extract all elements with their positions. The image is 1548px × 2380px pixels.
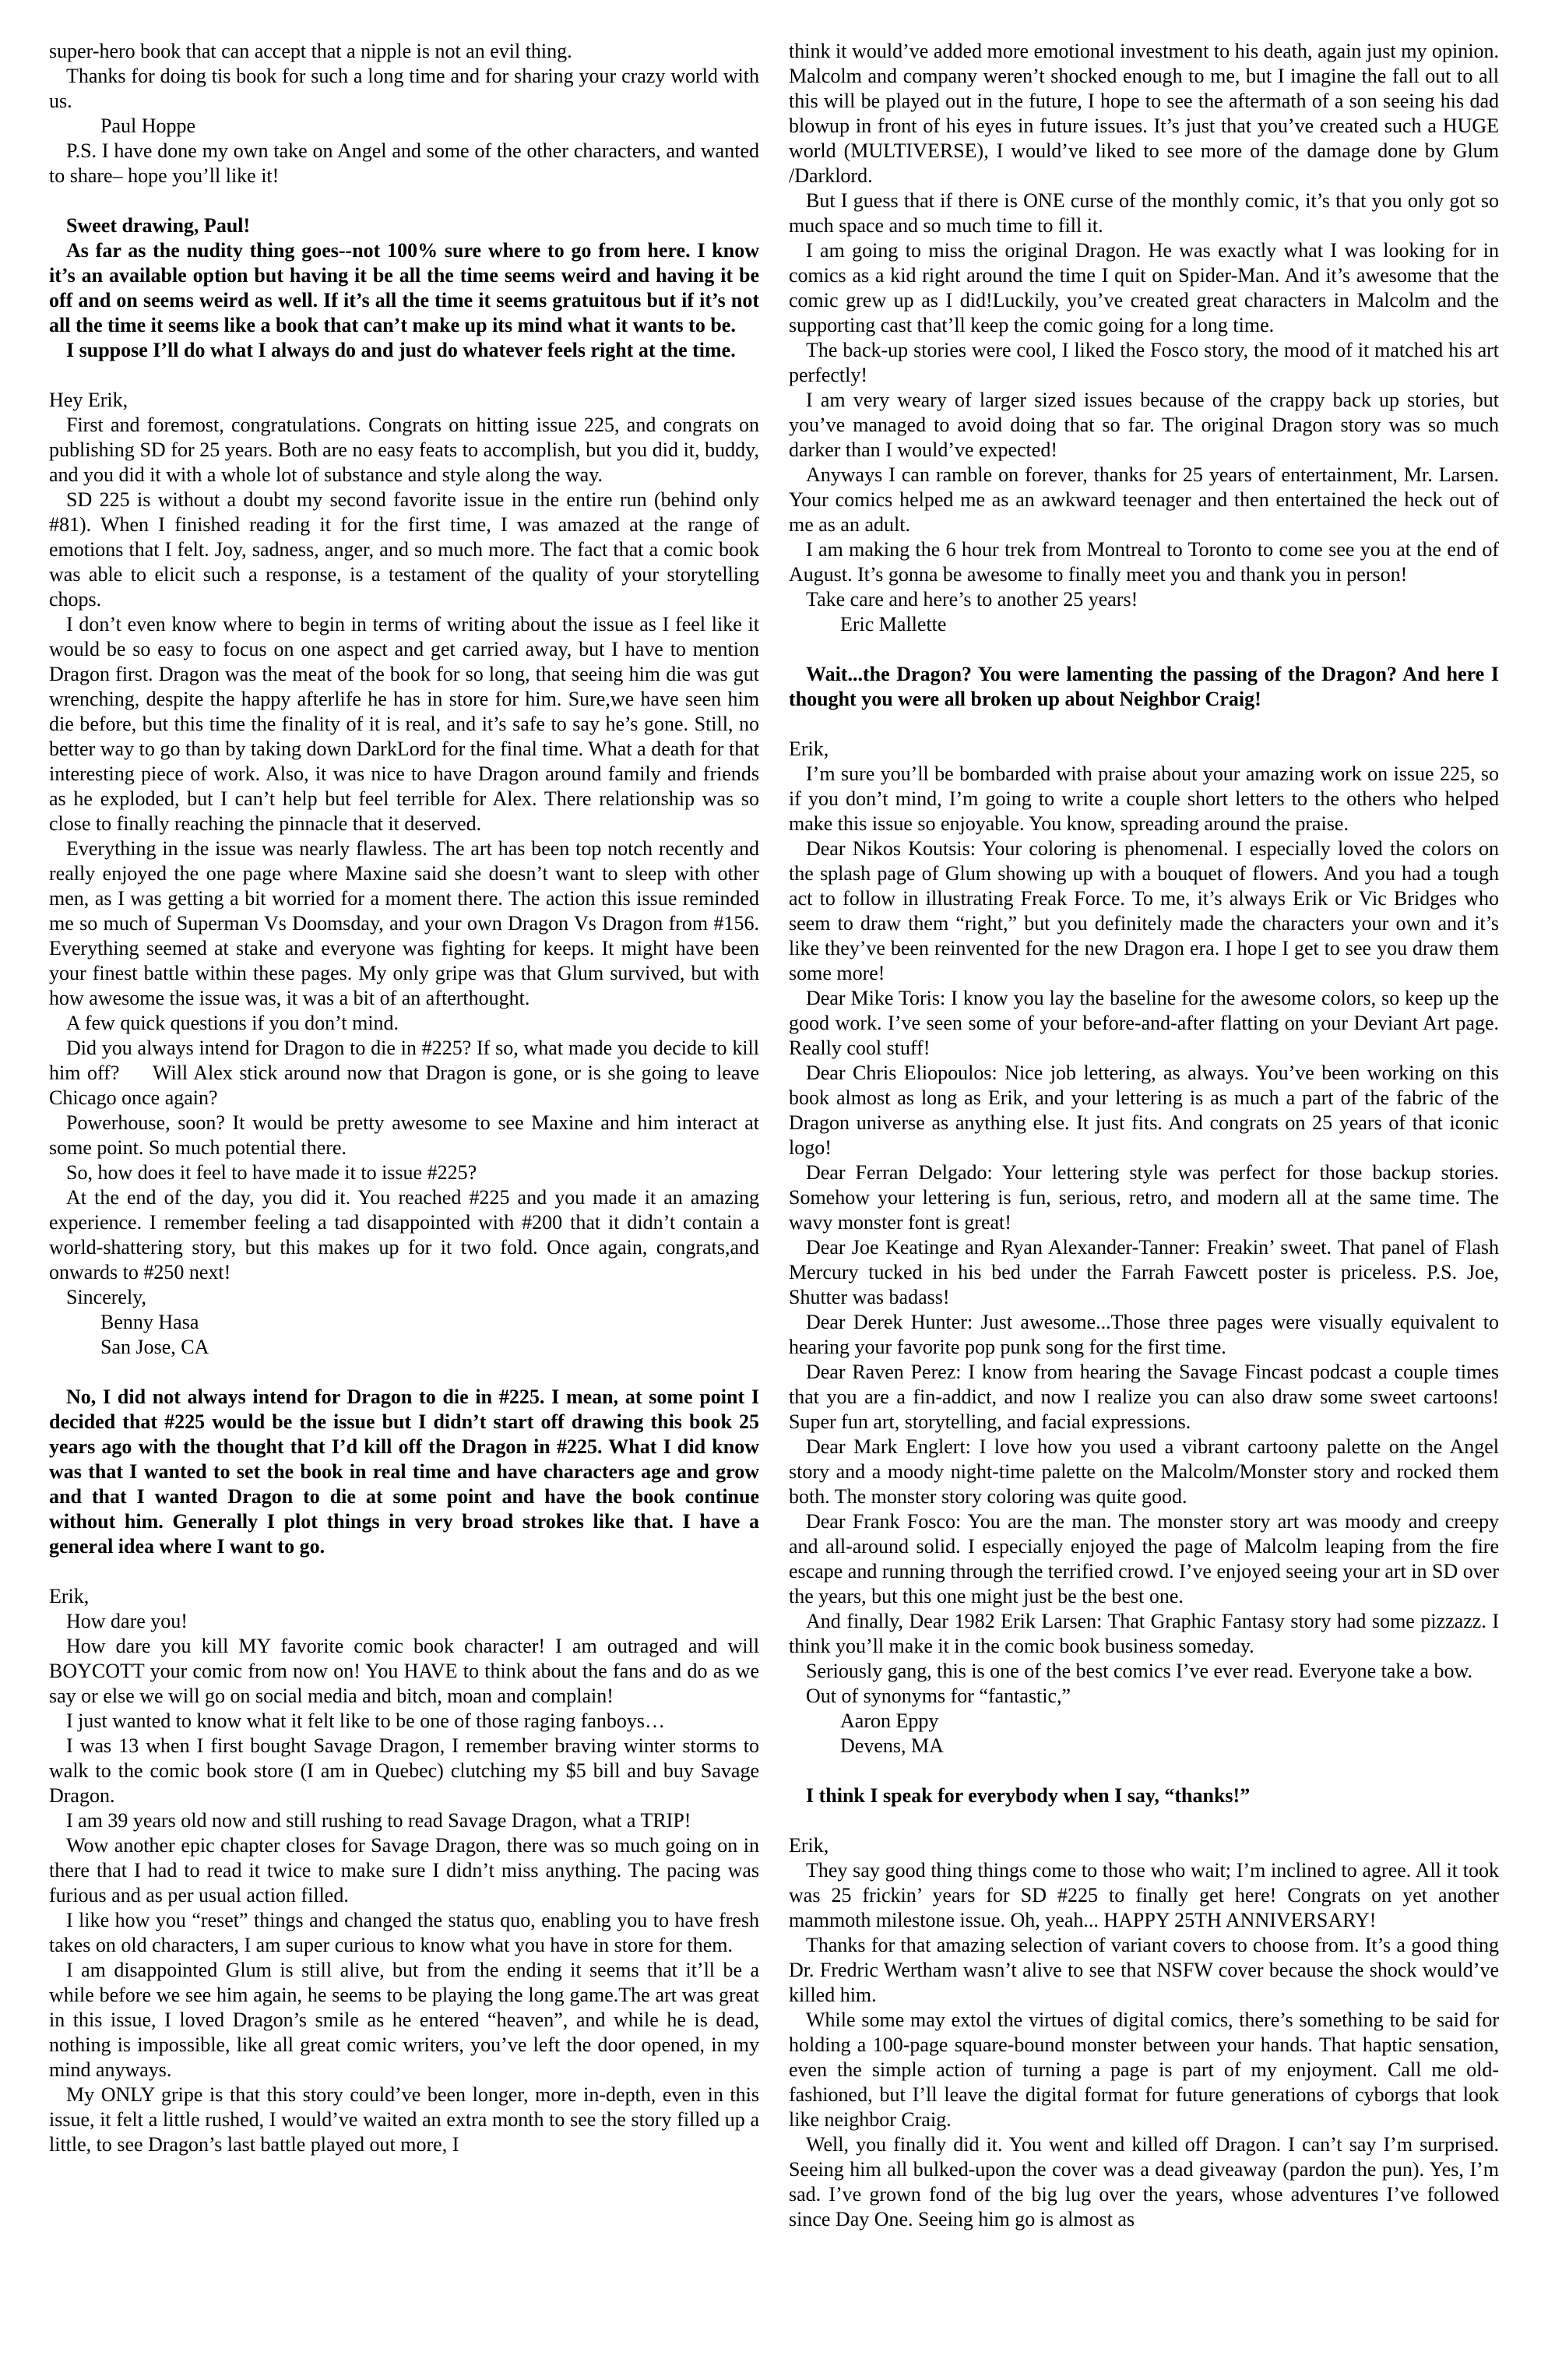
letter-paragraph: A few quick questions if you don’t mind. [49, 1011, 759, 1036]
letter-paragraph: But I guess that if there is ONE curse o… [789, 188, 1499, 238]
letter-paragraph: Out of synonyms for “fantastic,” [789, 1684, 1499, 1709]
letter-paragraph: Thanks for that amazing selection of var… [789, 1933, 1499, 2008]
letter-paragraph: I was 13 when I first bought Savage Drag… [49, 1734, 759, 1808]
letter-paragraph: Seriously gang, this is one of the best … [789, 1659, 1499, 1684]
letter-paragraph: Devens, MA [789, 1734, 1499, 1759]
letter-paragraph: I just wanted to know what it felt like … [49, 1709, 759, 1734]
letter-paragraph: Wow another epic chapter closes for Sava… [49, 1833, 759, 1908]
letter-paragraph: Erik, [789, 1833, 1499, 1858]
letter-paragraph: And finally, Dear 1982 Erik Larsen: That… [789, 1609, 1499, 1659]
letter-paragraph: While some may extol the virtues of digi… [789, 2008, 1499, 2132]
letters-page: super-hero book that can accept that a n… [0, 0, 1548, 2380]
letter-paragraph: I am going to miss the original Dragon. … [789, 238, 1499, 338]
letter-paragraph: Eric Mallette [789, 612, 1499, 637]
letter-paragraph: Powerhouse, soon? It would be pretty awe… [49, 1111, 759, 1160]
letter-paragraph: Did you always intend for Dragon to die … [49, 1036, 759, 1111]
editor-reply-paragraph: Wait...the Dragon? You were lamenting th… [789, 662, 1499, 712]
letter-paragraph: I am very weary of larger sized issues b… [789, 388, 1499, 463]
letter-paragraph: Sincerely, [49, 1285, 759, 1310]
letter-paragraph: Dear Derek Hunter: Just awesome...Those … [789, 1310, 1499, 1360]
letter-paragraph: I am making the 6 hour trek from Montrea… [789, 537, 1499, 587]
letter-paragraph: How dare you kill MY favorite comic book… [49, 1634, 759, 1709]
letter-paragraph: I am disappointed Glum is still alive, b… [49, 1958, 759, 2082]
letter-paragraph: I am 39 years old now and still rushing … [49, 1808, 759, 1833]
letter-paragraph: SD 225 is without a doubt my second favo… [49, 488, 759, 612]
letter-paragraph: Dear Ferran Delgado: Your lettering styl… [789, 1160, 1499, 1235]
letter-paragraph: P.S. I have done my own take on Angel an… [49, 139, 759, 188]
letter-paragraph: Aaron Eppy [789, 1709, 1499, 1734]
letter-paragraph: Dear Mike Toris: I know you lay the base… [789, 986, 1499, 1061]
letter-paragraph: Dear Frank Fosco: You are the man. The m… [789, 1509, 1499, 1609]
letter-paragraph: Dear Chris Eliopoulos: Nice job letterin… [789, 1061, 1499, 1160]
editor-reply-paragraph: I suppose I’ll do what I always do and j… [49, 338, 759, 363]
letter-paragraph: Thanks for doing tis book for such a lon… [49, 64, 759, 114]
editor-reply-paragraph: No, I did not always intend for Dragon t… [49, 1385, 759, 1559]
letter-paragraph: So, how does it feel to have made it to … [49, 1160, 759, 1185]
letter-paragraph: My ONLY gripe is that this story could’v… [49, 2082, 759, 2157]
letter-paragraph: Erik, [789, 737, 1499, 762]
letter-paragraph: San Jose, CA [49, 1335, 759, 1360]
letter-paragraph: I’m sure you’ll be bombarded with praise… [789, 762, 1499, 836]
letter-paragraph: Everything in the issue was nearly flawl… [49, 836, 759, 1011]
letter-paragraph: The back-up stories were cool, I liked t… [789, 338, 1499, 388]
letter-paragraph: How dare you! [49, 1609, 759, 1634]
letter-paragraph: Take care and here’s to another 25 years… [789, 587, 1499, 612]
editor-reply-paragraph: I think I speak for everybody when I say… [789, 1783, 1499, 1808]
letter-paragraph: think it would’ve added more emotional i… [789, 39, 1499, 188]
letter-paragraph: super-hero book that can accept that a n… [49, 39, 759, 64]
editor-reply-paragraph: Sweet drawing, Paul! [49, 213, 759, 238]
letter-paragraph: Dear Nikos Koutsis: Your coloring is phe… [789, 836, 1499, 986]
letter-paragraph: Well, you finally did it. You went and k… [789, 2132, 1499, 2232]
letter-paragraph: I don’t even know where to begin in term… [49, 612, 759, 836]
letter-paragraph: They say good thing things come to those… [789, 1858, 1499, 1933]
letter-paragraph: Dear Joe Keatinge and Ryan Alexander-Tan… [789, 1235, 1499, 1310]
letter-paragraph: At the end of the day, you did it. You r… [49, 1185, 759, 1285]
letter-paragraph: Dear Raven Perez: I know from hearing th… [789, 1360, 1499, 1435]
editor-reply-paragraph: As far as the nudity thing goes--not 100… [49, 238, 759, 338]
text-column-right: think it would’ve added more emotional i… [789, 39, 1499, 2349]
letter-paragraph: Benny Hasa [49, 1310, 759, 1335]
letter-paragraph: Erik, [49, 1584, 759, 1609]
letter-paragraph: Hey Erik, [49, 388, 759, 413]
letter-paragraph: Anyways I can ramble on forever, thanks … [789, 463, 1499, 537]
text-column-left: super-hero book that can accept that a n… [49, 39, 759, 2349]
letter-paragraph: I like how you “reset” things and change… [49, 1908, 759, 1958]
letter-paragraph: Paul Hoppe [49, 114, 759, 139]
letter-paragraph: Dear Mark Englert: I love how you used a… [789, 1435, 1499, 1509]
letter-paragraph: First and foremost, congratulations. Con… [49, 413, 759, 488]
